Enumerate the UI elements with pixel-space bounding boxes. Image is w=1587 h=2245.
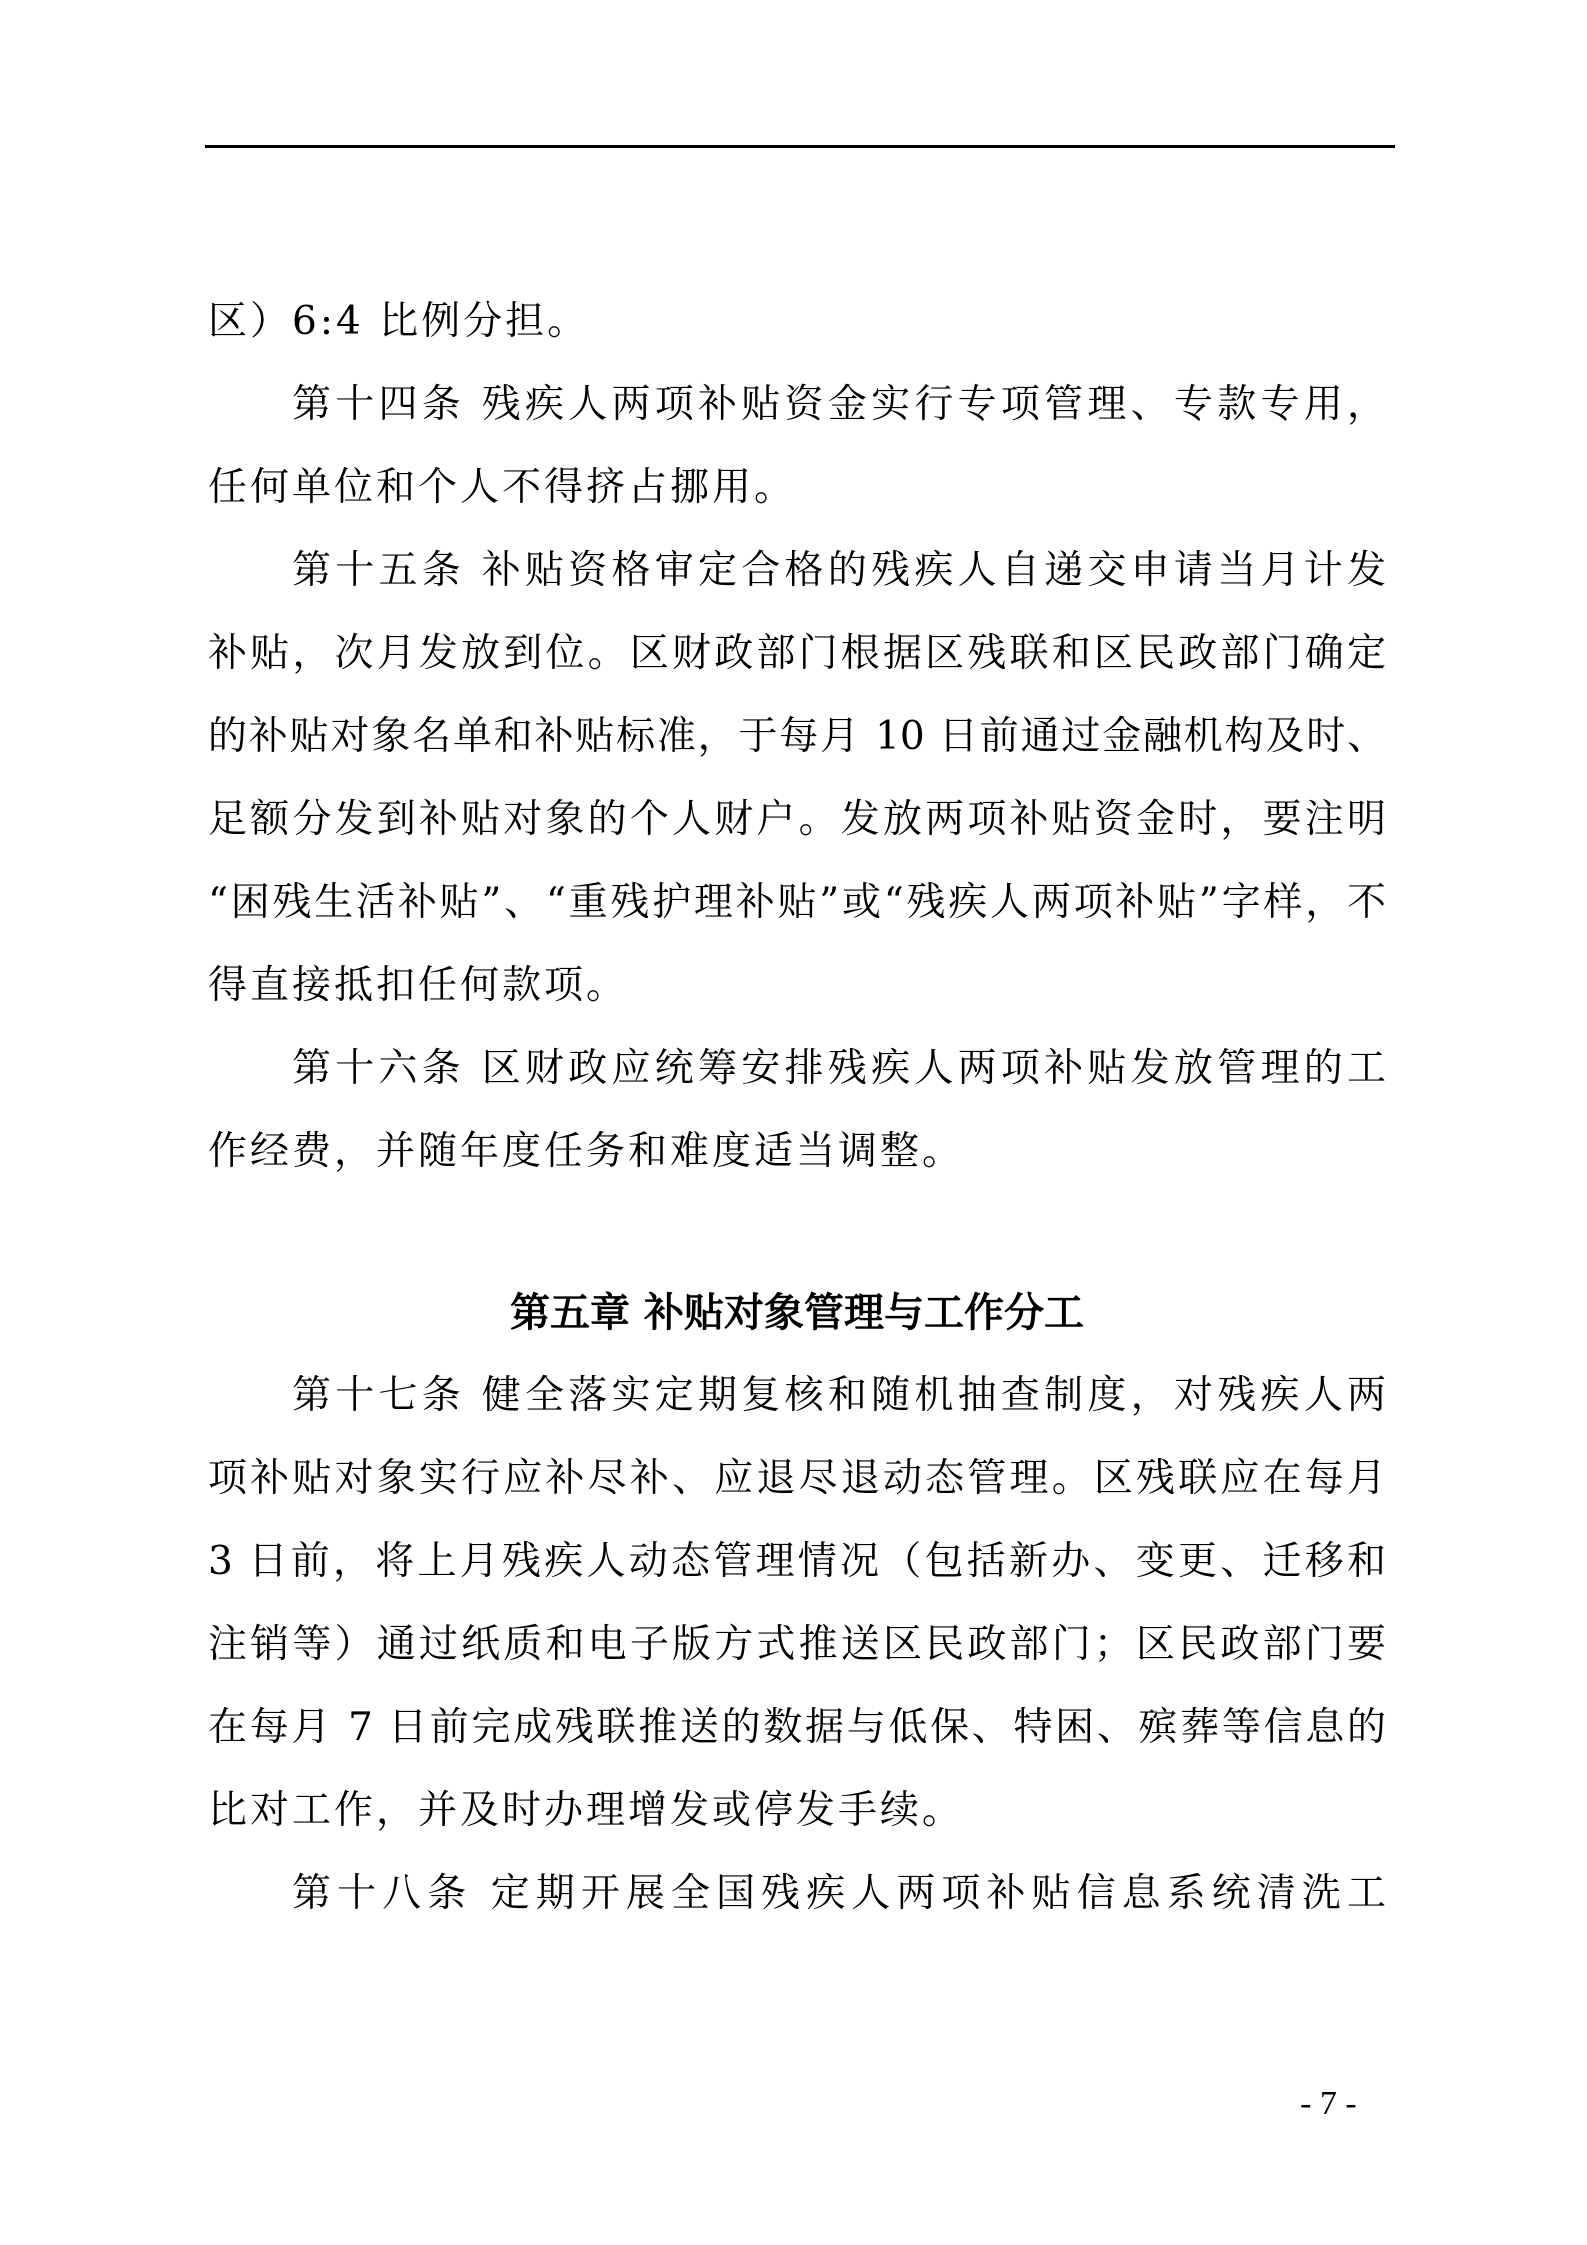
text-line-article-15-start: 第十五条 补贴资格审定合格的残疾人自递交申请当月计发 (292, 541, 1386, 601)
text-line-article-18-start: 第十八条 定期开展全国残疾人两项补贴信息系统清洗工 (292, 1864, 1386, 1924)
text-line-article-15-body: 补贴，次月发放到位。区财政部门根据区残联和区民政部门确定 (208, 624, 1386, 684)
text-line-article-17-end: 比对工作，并及时办理增发或停发手续。 (208, 1781, 1386, 1841)
text-line-article-16-end: 作经费，并随年度任务和难度适当调整。 (208, 1122, 1386, 1182)
text-line-article-15-body: “困残生活补贴”、“重残护理补贴”或“残疾人两项补贴”字样，不 (208, 873, 1386, 933)
text-line-article-15-body: 足额分发到补贴对象的个人财户。发放两项补贴资金时，要注明 (208, 790, 1386, 850)
chapter-heading: 第五章 补贴对象管理与工作分工 (208, 1283, 1386, 1343)
text-line-article-17-body: 注销等）通过纸质和电子版方式推送区民政部门；区民政部门要 (208, 1615, 1386, 1675)
text-line-article-16-start: 第十六条 区财政应统筹安排残疾人两项补贴发放管理的工 (292, 1039, 1386, 1099)
text-line-article-15-body: 的补贴对象名单和补贴标准，于每月 10 日前通过金融机构及时、 (208, 707, 1386, 767)
page-number: - 7 - (1300, 2082, 1357, 2126)
text-line-article-15-end: 得直接抵扣任何款项。 (208, 956, 1386, 1016)
header-rule (205, 145, 1395, 148)
text-line-article-17-body: 3 日前，将上月残疾人动态管理情况（包括新办、变更、迁移和 (208, 1532, 1386, 1592)
text-line-article-17-start: 第十七条 健全落实定期复核和随机抽查制度，对残疾人两 (292, 1366, 1386, 1426)
text-line-article-17-body: 在每月 7 日前完成残联推送的数据与低保、特困、殡葬等信息的 (208, 1698, 1386, 1758)
text-line-article-13-end: 区）6:4 比例分担。 (208, 292, 1386, 352)
text-line-article-17-body: 项补贴对象实行应补尽补、应退尽退动态管理。区残联应在每月 (208, 1449, 1386, 1509)
text-line-article-14-start: 第十四条 残疾人两项补贴资金实行专项管理、专款专用， (292, 375, 1386, 435)
text-line-article-14-end: 任何单位和个人不得挤占挪用。 (208, 458, 1386, 518)
